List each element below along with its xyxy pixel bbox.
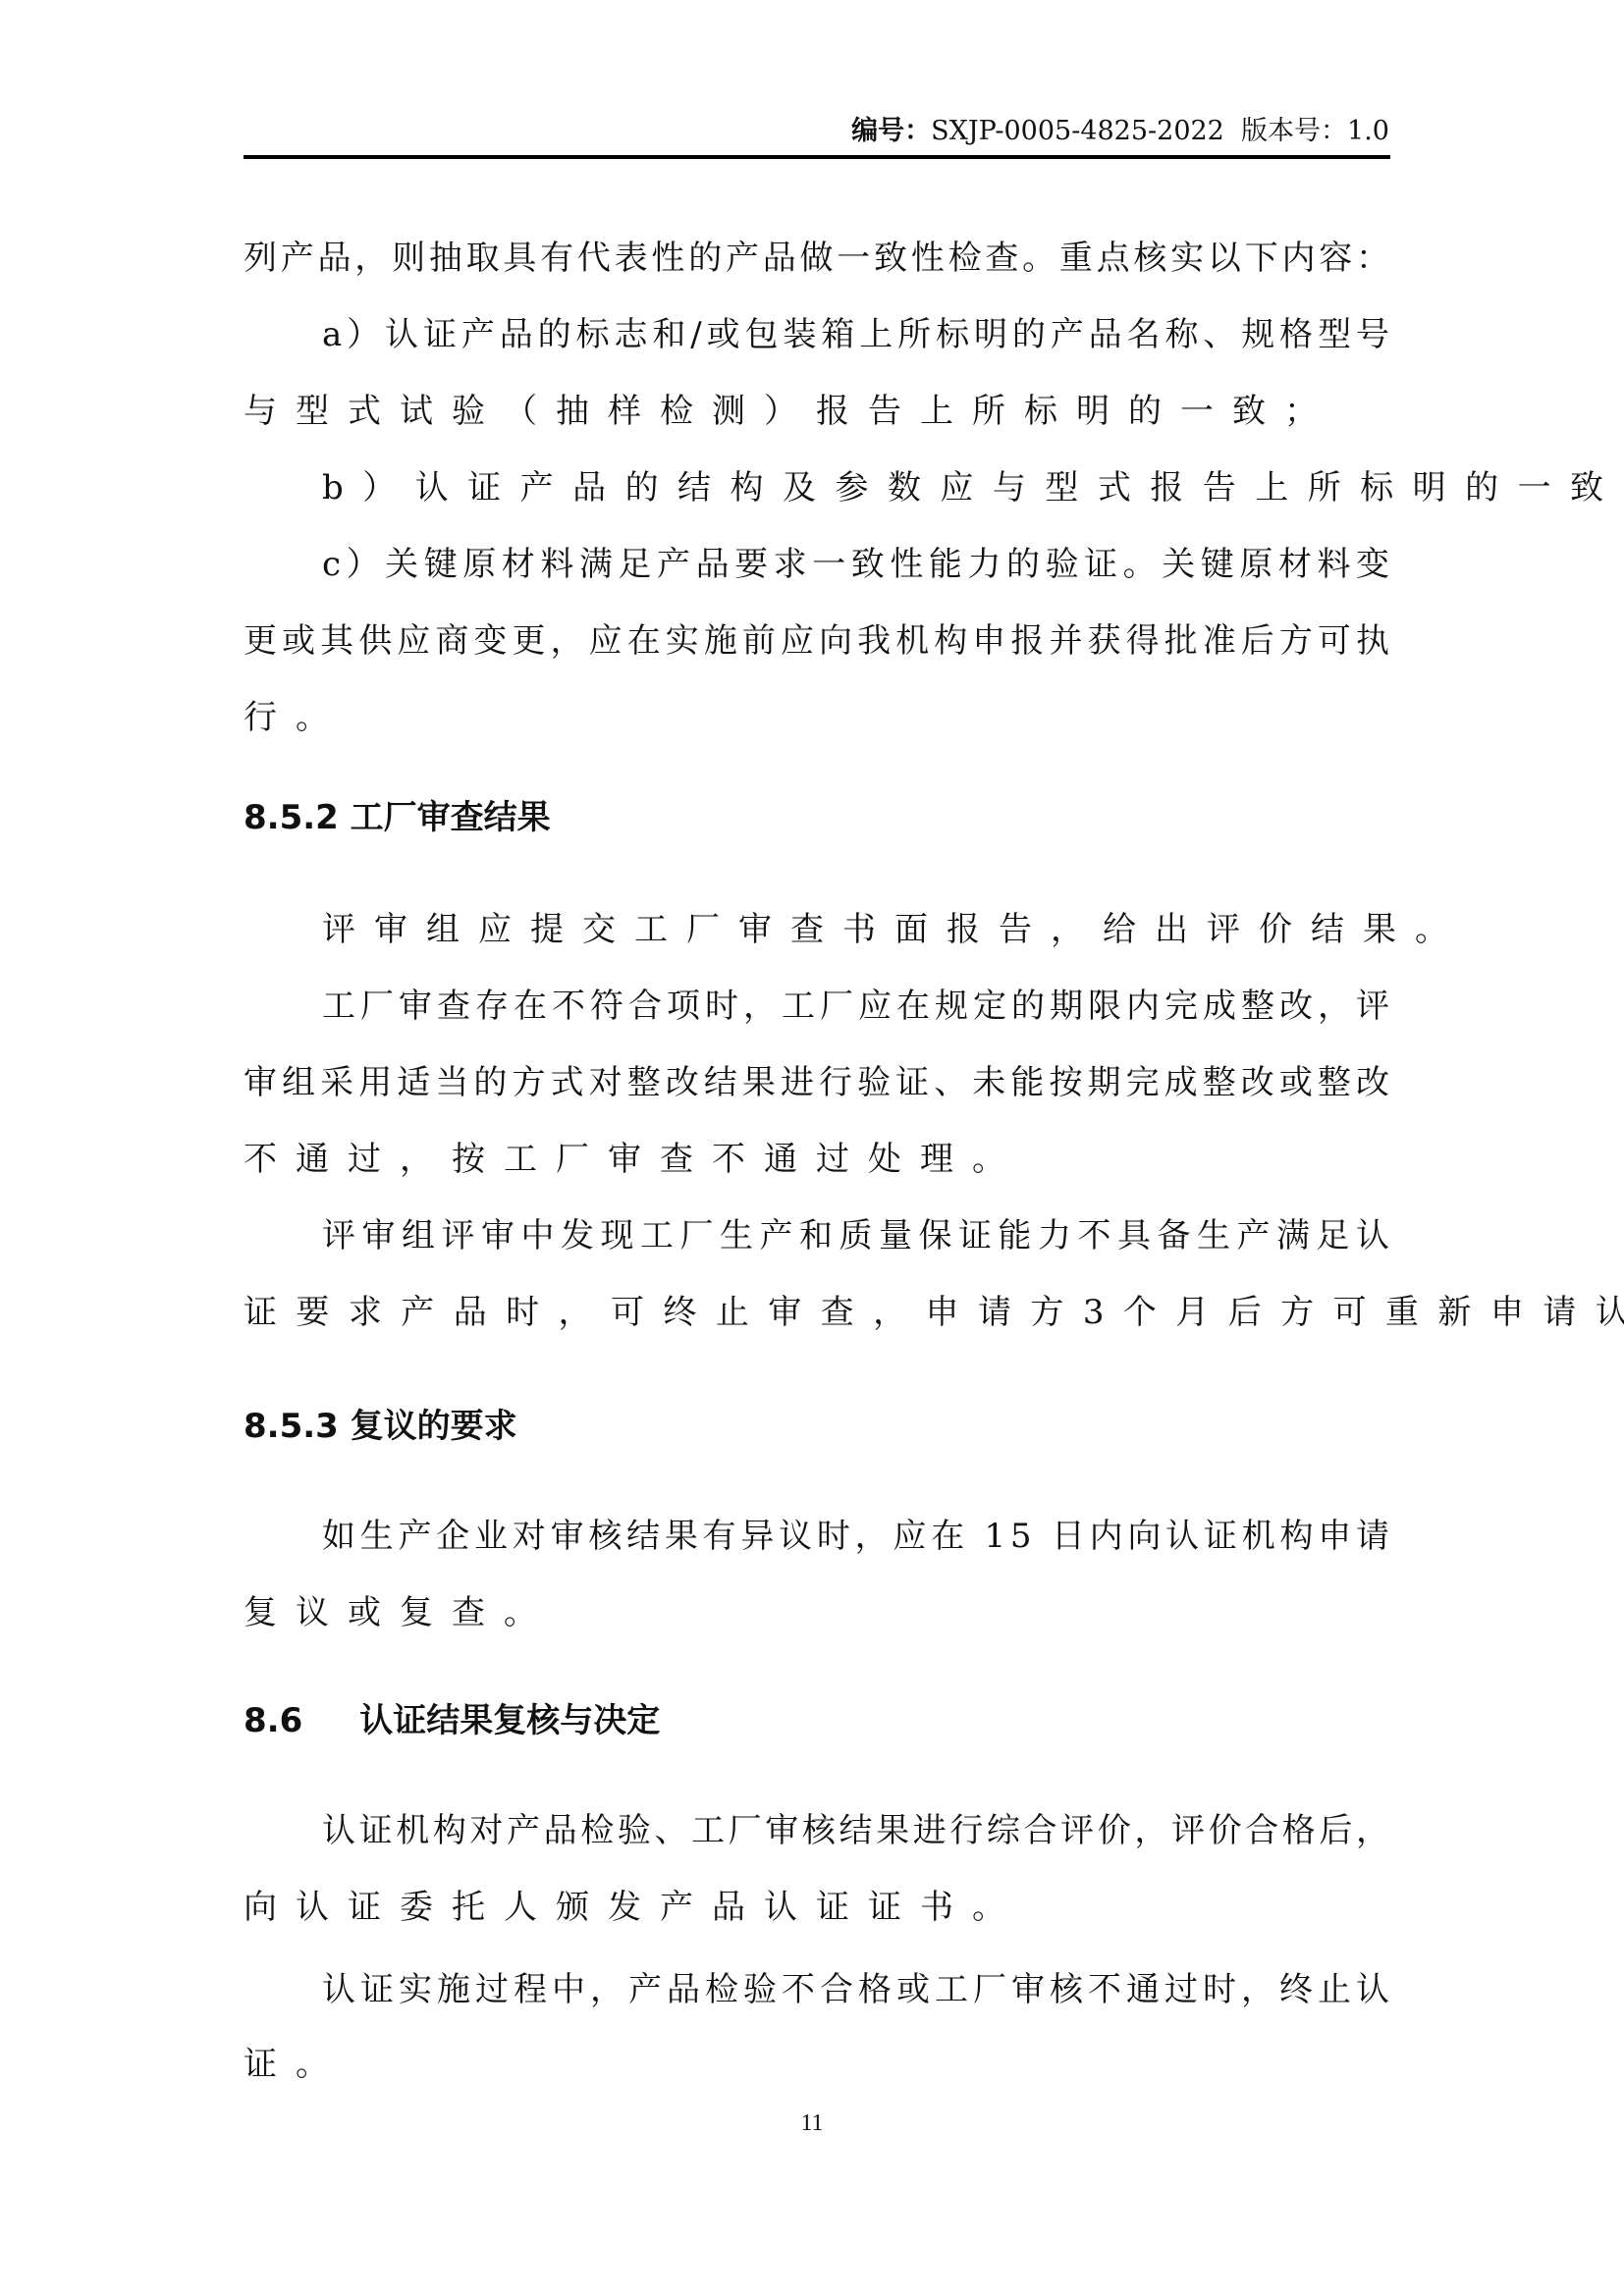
paragraph-line: 列产品，则抽取具有代表性的产品做一致性检查。重点核实以下内容： (244, 234, 1389, 283)
paragraph-line: b）认证产品的结构及参数应与型式报告上所标明的一致； (322, 463, 1389, 512)
paragraph-line: a）认证产品的标志和/或包装箱上所标明的产品名称、规格型号 (322, 310, 1389, 359)
section-heading: 8.5.2 工厂审查结果 (244, 793, 551, 842)
heading-number: 8.6 (244, 1701, 302, 1740)
paragraph-line: 证要求产品时，可终止审查，申请方3个月后方可重新申请认证。 (244, 1288, 1389, 1337)
paragraph-line: 工厂审查存在不符合项时，工厂应在规定的期限内完成整改，评 (322, 982, 1389, 1031)
doc-number: SXJP-0005-4825-2022 (931, 116, 1224, 146)
paragraph-line: 证。 (244, 2040, 1389, 2089)
heading-text: 8.5.2 工厂审查结果 (244, 798, 551, 837)
paragraph-line: 向认证委托人颁发产品认证证书。 (244, 1883, 1389, 1932)
heading-text: 认证结果复核与决定 (359, 1701, 660, 1740)
doc-number-label: 编号： (851, 116, 931, 146)
paragraph-line: 行。 (244, 693, 1389, 742)
page-header: 编号：SXJP-0005-4825-2022 版本号：1.0 (244, 110, 1389, 153)
heading-text: 8.5.3 复议的要求 (244, 1407, 517, 1446)
paragraph-line: 复议或复查。 (244, 1588, 1389, 1637)
paragraph-line: 认证实施过程中，产品检验不合格或工厂审核不通过时，终止认 (322, 1965, 1389, 2014)
paragraph-line: 如生产企业对审核结果有异议时，应在 15 日内向认证机构申请 (322, 1512, 1389, 1561)
page-number: 11 (0, 2110, 1624, 2137)
paragraph-line: 评审组评审中发现工厂生产和质量保证能力不具备生产满足认 (322, 1211, 1389, 1260)
paragraph-line: 认证机构对产品检验、工厂审核结果进行综合评价，评价合格后， (322, 1806, 1389, 1855)
header-rule (244, 155, 1390, 159)
section-heading: 8.5.3 复议的要求 (244, 1402, 517, 1451)
paragraph-line: c）关键原材料满足产品要求一致性能力的验证。关键原材料变 (322, 540, 1389, 589)
version-label: 版本号： (1241, 116, 1347, 146)
paragraph-line: 更或其供应商变更，应在实施前应向我机构申报并获得批准后方可执 (244, 616, 1389, 666)
paragraph-line: 不通过，按工厂审查不通过处理。 (244, 1135, 1389, 1184)
version-number: 1.0 (1347, 116, 1389, 146)
section-heading: 8.6认证结果复核与决定 (244, 1696, 660, 1745)
paragraph-line: 审组采用适当的方式对整改结果进行验证、未能按期完成整改或整改 (244, 1058, 1389, 1107)
paragraph-line: 评审组应提交工厂审查书面报告，给出评价结果。 (322, 905, 1389, 954)
paragraph-line: 与型式试验（抽样检测）报告上所标明的一致； (244, 387, 1389, 436)
